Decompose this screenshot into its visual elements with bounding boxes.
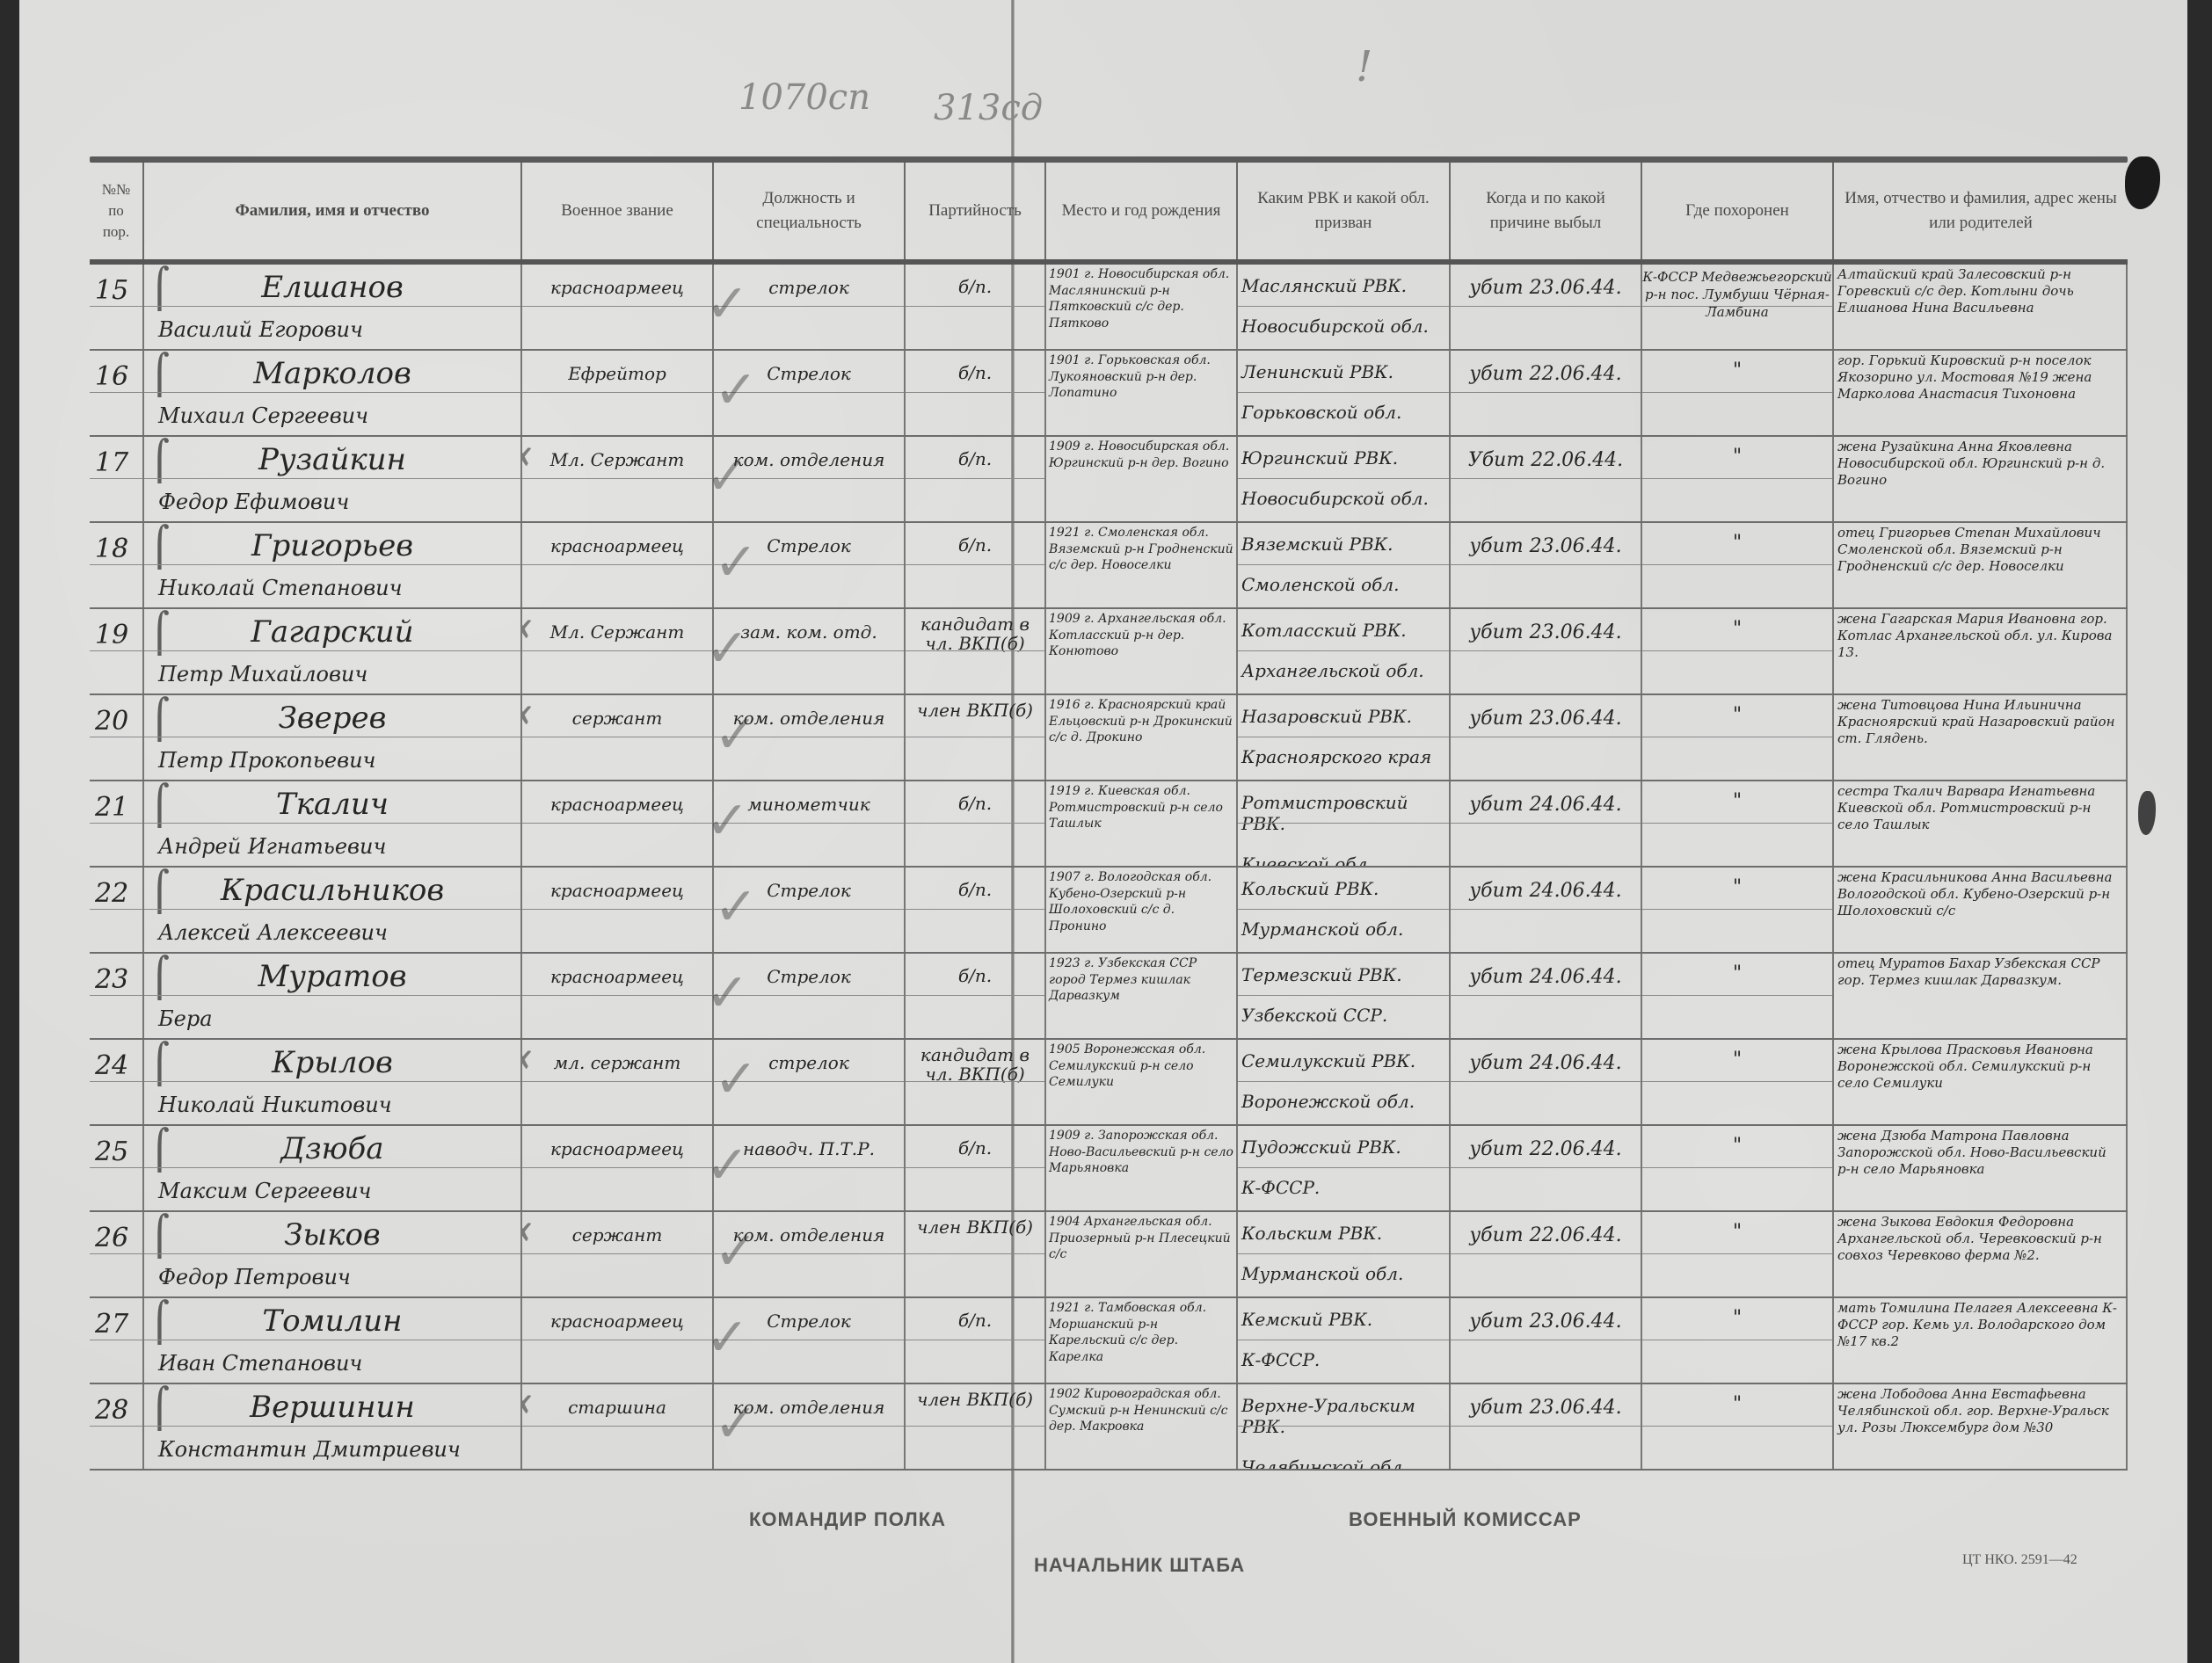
full-name-cell: ⌠ Елшанов Василий Егорович [144,265,522,349]
rvk-office: Термезский РВК. [1241,964,1445,985]
date-cause: убит 23.06.44. [1451,1298,1641,1333]
surname: Рузайкин [144,437,520,483]
table-row: 19 ⌠ Гагарский Петр Михайлович ✗Мл. Серж… [90,609,2128,695]
row-number: 17 [90,437,142,478]
row-number: 19 [90,609,142,650]
position: стрелок [714,265,904,298]
rvk-region: Красноярского края [1241,746,1445,767]
rvk-office: Ленинский РВК. [1241,361,1445,382]
buried-cell: " [1642,954,1834,1038]
position: Стрелок [714,351,904,384]
full-name-cell: ⌠ Зыков Федор Петрович [144,1212,522,1296]
burial-place: " [1642,1040,1832,1071]
position-cell: стрелок [714,1040,906,1124]
rvk-office: Маслянский РВК. [1241,275,1445,296]
surname: Зыков [144,1212,520,1258]
relative-address: отец Григорьев Степан Михайлович Смоленс… [1834,523,2126,577]
rvk-region: К-ФССР. [1241,1349,1445,1370]
rvk-office: Вяземский РВК. [1241,534,1445,555]
relative-address: Алтайский край Залесовский р-н Горевский… [1834,265,2126,318]
form-code: ЦТ НКО. 2591—42 [1962,1552,2077,1568]
rvk-region: Киевской обл. [1241,853,1445,866]
date-cause: убит 23.06.44. [1451,1384,1641,1419]
birth-cell: 1921 г. Тамбовская обл. Моршанский р-н К… [1046,1298,1238,1383]
date-cause: убит 23.06.44. [1451,609,1641,643]
burial-place: " [1642,609,1832,640]
x-mark-icon: ✗ [522,442,535,477]
loss-report-table: №№ по пор. Фамилия, имя и отчество Военн… [90,156,2128,1471]
relative-address: мать Томилина Пелагея Алексеевна К-ФССР … [1834,1298,2126,1352]
rank-cell: ✗мл. сержант [522,1040,714,1124]
position-cell: ком. отделения [714,1212,906,1296]
rvk-office: Верхне-Уральским РВК. [1241,1395,1445,1437]
position-cell: зам. ком. отд. [714,609,906,694]
rank: красноармеец [522,523,712,556]
surname: Ткалич [144,781,520,827]
relatives-cell: гор. Горький Кировский р-н поселок Якозо… [1834,351,2128,435]
birth-place-year: 1902 Кировоградская обл. Сумский р-н Нен… [1046,1384,1236,1437]
buried-cell: " [1642,351,1834,435]
party-cell: б/п. [906,1298,1046,1383]
party-cell: б/п. [906,437,1046,521]
row-number: 18 [90,523,142,564]
bracket-mark-icon: ⌠ [149,525,170,570]
relative-address: жена Зыкова Евдокия Федоровна Архангельс… [1834,1212,2126,1266]
ink-stain [2138,791,2156,835]
given-name: Петр Прокопьевич [144,741,520,773]
row-number-cell: 27 [90,1298,144,1383]
burial-place: " [1642,437,1832,468]
birth-place-year: 1909 г. Запорожская обл. Ново-Васильевск… [1046,1126,1236,1179]
rvk-cell: Кольский РВК.Мурманской обл. [1238,868,1451,952]
surname: Зверев [144,695,520,741]
relatives-cell: жена Зыкова Евдокия Федоровна Архангельс… [1834,1212,2128,1296]
died-cell: убит 23.06.44. [1451,609,1642,694]
date-cause: убит 24.06.44. [1451,1040,1641,1074]
rvk-office: Пудожский РВК. [1241,1137,1445,1158]
rank-cell: красноармеец [522,868,714,952]
rank: мл. сержант [522,1040,712,1073]
date-cause: убит 23.06.44. [1451,523,1641,557]
party: б/п. [906,1126,1044,1158]
rank: красноармеец [522,954,712,987]
died-cell: убит 24.06.44. [1451,781,1642,866]
table-row: 26 ⌠ Зыков Федор Петрович ✗сержант ком. … [90,1212,2128,1298]
header-rvk: Каким РВК и какой обл. призван [1238,163,1451,259]
torn-corner [2125,156,2160,209]
header-full-name: Фамилия, имя и отчество [144,163,522,259]
table-top-rule [90,156,2128,163]
rvk-region: Мурманской обл. [1241,1263,1445,1284]
rank: красноармеец [522,781,712,815]
buried-cell: " [1642,1040,1834,1124]
bracket-mark-icon: ⌠ [149,1386,170,1431]
header-birth: Место и год рождения [1046,163,1238,259]
given-name: Андрей Игнатьевич [144,827,520,859]
surname: Муратов [144,954,520,999]
rvk-office: Назаровский РВК. [1241,706,1445,727]
party: б/п. [906,437,1044,468]
row-number: 15 [90,265,142,306]
position: ком. отделения [714,695,904,729]
party: член ВКП(б) [906,1212,1044,1237]
chief-of-staff-label: НАЧАЛЬНИК ШТАБА [1034,1554,1245,1577]
rank-cell: красноармеец [522,1126,714,1210]
burial-place: " [1642,1212,1832,1243]
row-number-cell: 19 [90,609,144,694]
burial-place: " [1642,868,1832,898]
relative-address: гор. Горький Кировский р-н поселок Якозо… [1834,351,2126,404]
party-cell: член ВКП(б) [906,1384,1046,1469]
given-name: Николай Степанович [144,569,520,600]
header-when-why: Когда и по какой причине выбыл [1451,163,1642,259]
position-cell: ком. отделения [714,437,906,521]
birth-cell: 1902 Кировоградская обл. Сумский р-н Нен… [1046,1384,1238,1469]
burial-place: " [1642,1126,1832,1157]
party: кандидат в чл. ВКП(б) [906,609,1044,653]
position-cell: Стрелок [714,954,906,1038]
burial-place: " [1642,523,1832,554]
rank-cell: ✗Мл. Сержант [522,609,714,694]
rvk-region: Мурманской обл. [1241,919,1445,940]
row-number-cell: 17 [90,437,144,521]
row-number: 23 [90,954,142,995]
rvk-region: Новосибирской обл. [1241,488,1445,509]
birth-cell: 1905 Воронежская обл. Семилукский р-н се… [1046,1040,1238,1124]
rank-cell: красноармеец [522,265,714,349]
died-cell: убит 23.06.44. [1451,1298,1642,1383]
party-cell: б/п. [906,1126,1046,1210]
rank: Ефрейтор [522,351,712,384]
position-cell: Стрелок [714,523,906,607]
relatives-cell: Алтайский край Залесовский р-н Горевский… [1834,265,2128,349]
birth-place-year: 1916 г. Красноярский край Ельцовский р-н… [1046,695,1236,748]
rank: сержант [522,1212,712,1245]
date-cause: убит 22.06.44. [1451,351,1641,385]
buried-cell: " [1642,781,1834,866]
position: ком. отделения [714,1384,904,1418]
rvk-office: Кольским РВК. [1241,1223,1445,1244]
row-number: 22 [90,868,142,909]
party: б/п. [906,351,1044,382]
full-name-cell: ⌠ Крылов Николай Никитович [144,1040,522,1124]
row-number: 21 [90,781,142,823]
party-cell: кандидат в чл. ВКП(б) [906,609,1046,694]
rank-cell: красноармеец [522,781,714,866]
header-position: Должность и специальность [714,163,906,259]
relatives-cell: жена Гагарская Мария Ивановна гор. Котла… [1834,609,2128,694]
relative-address: жена Гагарская Мария Ивановна гор. Котла… [1834,609,2126,663]
given-name: Николай Никитович [144,1086,520,1117]
date-cause: убит 23.06.44. [1451,695,1641,730]
buried-cell: " [1642,868,1834,952]
rank-cell: ✗сержант [522,1212,714,1296]
birth-place-year: 1921 г. Смоленская обл. Вяземский р-н Гр… [1046,523,1236,576]
party: б/п. [906,954,1044,985]
birth-place-year: 1904 Архангельская обл. Приозерный р-н П… [1046,1212,1236,1265]
party-cell: член ВКП(б) [906,1212,1046,1296]
burial-place: " [1642,695,1832,726]
party-cell: б/п. [906,523,1046,607]
rvk-cell: Пудожский РВК.К-ФССР. [1238,1126,1451,1210]
position: минометчик [714,781,904,815]
birth-cell: 1909 г. Запорожская обл. Ново-Васильевск… [1046,1126,1238,1210]
buried-cell: " [1642,695,1834,780]
party: б/п. [906,265,1044,296]
full-name-cell: ⌠ Рузайкин Федор Ефимович [144,437,522,521]
rvk-cell: Ротмистровский РВК.Киевской обл. [1238,781,1451,866]
burial-place: " [1642,781,1832,812]
table-row: 22 ⌠ Красильников Алексей Алексеевич кра… [90,868,2128,954]
row-number-cell: 28 [90,1384,144,1469]
birth-place-year: 1923 г. Узбекская ССР город Термез кишла… [1046,954,1236,1006]
birth-place-year: 1921 г. Тамбовская обл. Моршанский р-н К… [1046,1298,1236,1367]
relatives-cell: мать Томилина Пелагея Алексеевна К-ФССР … [1834,1298,2128,1383]
relative-address: жена Дзюба Матрона Павловна Запорожской … [1834,1126,2126,1180]
party-cell: б/п. [906,265,1046,349]
birth-cell: 1904 Архангельская обл. Приозерный р-н П… [1046,1212,1238,1296]
buried-cell: " [1642,523,1834,607]
party: б/п. [906,1298,1044,1330]
row-number-cell: 21 [90,781,144,866]
rank-cell: ✗старшина [522,1384,714,1469]
date-cause: убит 24.06.44. [1451,781,1641,816]
given-name: Федор Ефимович [144,483,520,514]
rvk-cell: Маслянский РВК.Новосибирской обл. [1238,265,1451,349]
rank: красноармеец [522,868,712,901]
party: б/п. [906,523,1044,555]
full-name-cell: ⌠ Томилин Иван Степанович [144,1298,522,1383]
given-name: Петр Михайлович [144,655,520,686]
position: Стрелок [714,523,904,556]
full-name-cell: ⌠ Григорьев Николай Степанович [144,523,522,607]
given-name: Михаил Сергеевич [144,396,520,428]
rvk-region: Воронежской обл. [1241,1091,1445,1112]
row-number-cell: 18 [90,523,144,607]
rank: Мл. Сержант [522,437,712,470]
rvk-region: Челябинской обл. [1241,1456,1445,1469]
party-cell: член ВКП(б) [906,695,1046,780]
annotation-regiment: 1070сп [739,77,870,118]
rvk-region: Новосибирской обл. [1241,316,1445,337]
row-number-cell: 23 [90,954,144,1038]
annotation-mark: ! [1356,42,1372,91]
birth-cell: 1909 г. Архангельская обл. Котласский р-… [1046,609,1238,694]
burial-place: " [1642,1384,1832,1415]
given-name: Иван Степанович [144,1344,520,1376]
full-name-cell: ⌠ Марколов Михаил Сергеевич [144,351,522,435]
given-name: Алексей Алексеевич [144,913,520,945]
buried-cell: " [1642,437,1834,521]
table-row: 16 ⌠ Марколов Михаил Сергеевич Ефрейтор … [90,351,2128,437]
relatives-cell: жена Титовцова Нина Ильинична Красноярск… [1834,695,2128,780]
date-cause: убит 24.06.44. [1451,954,1641,988]
rvk-region: Горьковской обл. [1241,402,1445,423]
surname: Крылов [144,1040,520,1086]
full-name-cell: ⌠ Ткалич Андрей Игнатьевич [144,781,522,866]
date-cause: убит 23.06.44. [1451,265,1641,299]
burial-place: " [1642,1298,1832,1329]
rvk-cell: Котласский РВК.Архангельской обл. [1238,609,1451,694]
rank: старшина [522,1384,712,1418]
relative-address: жена Крылова Прасковья Ивановна Воронежс… [1834,1040,2126,1093]
bracket-mark-icon: ⌠ [149,352,170,397]
buried-cell: " [1642,1384,1834,1469]
rank: красноармеец [522,1126,712,1159]
buried-cell: К-ФССР Медвежьегорский р-н пос. Лумбуши … [1642,265,1834,349]
buried-cell: " [1642,1298,1834,1383]
position-cell: Стрелок [714,868,906,952]
birth-cell: 1923 г. Узбекская ССР город Термез кишла… [1046,954,1238,1038]
x-mark-icon: ✗ [522,701,535,736]
rank: красноармеец [522,1298,712,1332]
header-party: Партийность [906,163,1046,259]
full-name-cell: ⌠ Вершинин Константин Дмитриевич [144,1384,522,1469]
party-cell: б/п. [906,868,1046,952]
row-number-cell: 16 [90,351,144,435]
surname: Марколов [144,351,520,396]
burial-place: " [1642,954,1832,984]
row-number: 16 [90,351,142,392]
birth-cell: 1921 г. Смоленская обл. Вяземский р-н Гр… [1046,523,1238,607]
table-header: №№ по пор. Фамилия, имя и отчество Военн… [90,163,2128,265]
birth-cell: 1916 г. Красноярский край Ельцовский р-н… [1046,695,1238,780]
header-relatives: Имя, отчество и фамилия, адрес жены или … [1834,163,2128,259]
given-name: Федор Петрович [144,1258,520,1289]
died-cell: убит 23.06.44. [1451,695,1642,780]
relatives-cell: жена Дзюба Матрона Павловна Запорожской … [1834,1126,2128,1210]
position: Стрелок [714,954,904,987]
birth-cell: 1907 г. Вологодская обл. Кубено-Озерский… [1046,868,1238,952]
position-cell: минометчик [714,781,906,866]
position: ком. отделения [714,437,904,470]
bracket-mark-icon: ⌠ [149,697,170,742]
position-cell: ком. отделения [714,695,906,780]
relatives-cell: сестра Ткалич Варвара Игнатьевна Киевско… [1834,781,2128,866]
table-row: 28 ⌠ Вершинин Константин Дмитриевич ✗ста… [90,1384,2128,1471]
position: зам. ком. отд. [714,609,904,643]
party: член ВКП(б) [906,1384,1044,1409]
died-cell: убит 22.06.44. [1451,1212,1642,1296]
relative-address: отец Муратов Бахар Узбекская ССР гор. Те… [1834,954,2126,991]
table-row: 27 ⌠ Томилин Иван Степанович красноармее… [90,1298,2128,1384]
rank-cell: красноармеец [522,1298,714,1383]
date-cause: убит 24.06.44. [1451,868,1641,902]
relatives-cell: отец Муратов Бахар Узбекская ССР гор. Те… [1834,954,2128,1038]
relatives-cell: жена Красильникова Анна Васильевна Волог… [1834,868,2128,952]
position: Стрелок [714,1298,904,1332]
position-cell: Стрелок [714,351,906,435]
party: б/п. [906,868,1044,899]
died-cell: убит 24.06.44. [1451,868,1642,952]
party: член ВКП(б) [906,695,1044,720]
rvk-cell: Кольским РВК.Мурманской обл. [1238,1212,1451,1296]
relatives-cell: жена Лободова Анна Евстафьевна Челябинск… [1834,1384,2128,1469]
birth-cell: 1901 г. Горьковская обл. Лукояновский р-… [1046,351,1238,435]
surname: Вершинин [144,1384,520,1430]
burial-place: " [1642,351,1832,381]
x-mark-icon: ✗ [522,614,535,650]
row-number-cell: 20 [90,695,144,780]
rvk-cell: Верхне-Уральским РВК.Челябинской обл. [1238,1384,1451,1469]
rank-cell: ✗Мл. Сержант [522,437,714,521]
relative-address: жена Рузайкина Анна Яковлевна Новосибирс… [1834,437,2126,490]
surname: Гагарский [144,609,520,655]
rvk-cell: Юргинский РВК.Новосибирской обл. [1238,437,1451,521]
rvk-office: Кемский РВК. [1241,1309,1445,1330]
surname: Григорьев [144,523,520,569]
died-cell: Убит 22.06.44. [1451,437,1642,521]
party-cell: б/п. [906,781,1046,866]
surname: Елшанов [144,265,520,310]
rvk-cell: Вяземский РВК.Смоленской обл. [1238,523,1451,607]
bracket-mark-icon: ⌠ [149,1042,170,1086]
row-number-cell: 15 [90,265,144,349]
row-number-cell: 24 [90,1040,144,1124]
birth-place-year: 1909 г. Новосибирская обл. Юргинский р-н… [1046,437,1236,473]
full-name-cell: ⌠ Красильников Алексей Алексеевич [144,868,522,952]
party-cell: кандидат в чл. ВКП(б) [906,1040,1046,1124]
x-mark-icon: ✗ [522,1217,535,1253]
given-name: Василий Егорович [144,310,520,342]
position: Стрелок [714,868,904,901]
table-row: 20 ⌠ Зверев Петр Прокопьевич ✗сержант ко… [90,695,2128,781]
row-number: 26 [90,1212,142,1253]
bracket-mark-icon: ⌠ [149,611,170,656]
x-mark-icon: ✗ [522,1045,535,1080]
row-number-cell: 25 [90,1126,144,1210]
buried-cell: " [1642,609,1834,694]
bracket-mark-icon: ⌠ [149,266,170,311]
position-cell: Стрелок [714,1298,906,1383]
buried-cell: " [1642,1126,1834,1210]
header-number: №№ по пор. [90,163,144,259]
bracket-mark-icon: ⌠ [149,869,170,914]
rank: сержант [522,695,712,729]
relative-address: жена Лободова Анна Евстафьевна Челябинск… [1834,1384,2126,1438]
table-row: 24 ⌠ Крылов Николай Никитович ✗мл. сержа… [90,1040,2128,1126]
died-cell: убит 22.06.44. [1451,351,1642,435]
position: стрелок [714,1040,904,1073]
party: кандидат в чл. ВКП(б) [906,1040,1044,1084]
rvk-region: К-ФССР. [1241,1177,1445,1198]
died-cell: убит 23.06.44. [1451,523,1642,607]
burial-place: К-ФССР Медвежьегорский р-н пос. Лумбуши … [1642,265,1832,321]
row-number-cell: 26 [90,1212,144,1296]
table-row: 18 ⌠ Григорьев Николай Степанович красно… [90,523,2128,609]
bracket-mark-icon: ⌠ [149,1128,170,1173]
table-row: 21 ⌠ Ткалич Андрей Игнатьевич красноарме… [90,781,2128,868]
annotation-division: 313сд [934,88,1043,128]
died-cell: убит 24.06.44. [1451,1040,1642,1124]
given-name: Бера [144,999,520,1031]
commander-label: КОМАНДИР ПОЛКА [749,1508,946,1531]
date-cause: убит 22.06.44. [1451,1212,1641,1246]
given-name: Максим Сергеевич [144,1172,520,1203]
rank-cell: Ефрейтор [522,351,714,435]
table-row: 23 ⌠ Муратов Бера красноармеец Стрелок б… [90,954,2128,1040]
surname: Томилин [144,1298,520,1344]
birth-place-year: 1909 г. Архангельская обл. Котласский р-… [1046,609,1236,662]
rvk-region: Смоленской обл. [1241,574,1445,595]
given-name: Константин Дмитриевич [144,1430,520,1462]
died-cell: убит 23.06.44. [1451,265,1642,349]
rank-cell: красноармеец [522,523,714,607]
bracket-mark-icon: ⌠ [149,439,170,483]
birth-place-year: 1901 г. Горьковская обл. Лукояновский р-… [1046,351,1236,403]
bracket-mark-icon: ⌠ [149,955,170,1000]
full-name-cell: ⌠ Гагарский Петр Михайлович [144,609,522,694]
